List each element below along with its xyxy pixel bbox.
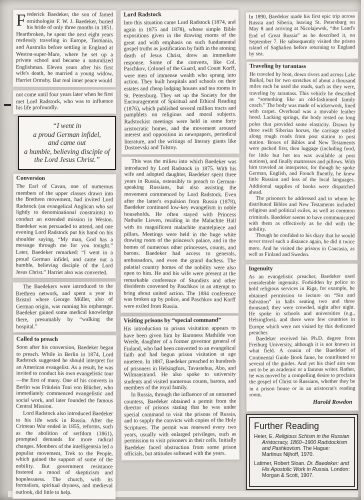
section-conversion-cont: The Baedekers were introduced to the Bre… xyxy=(13,281,116,332)
visiting-prisons-paragraph-2: In Russia, through the influence of an u… xyxy=(124,391,236,458)
intro-patch: Frederick Baedeker, the son of famed orn… xyxy=(13,10,116,87)
intro-continuation: not come until four years later when he … xyxy=(16,91,113,111)
column-right: In 1890, Baedeker made his first epic tr… xyxy=(246,12,358,490)
further-reading-box: Further Reading Heier, E. Religious Schi… xyxy=(246,414,358,491)
column-middle: Lord Radstock Into this situation came L… xyxy=(121,10,239,462)
intro-continuation-patch: not come until four years later when he … xyxy=(13,89,116,113)
conversion-paragraph-1: The Earl of Cavan, one of numerous membe… xyxy=(16,184,113,277)
pull-quote-line: and came out xyxy=(21,139,113,147)
entry-author: Heier, E. xyxy=(254,434,275,440)
section-heading-ingenuity: Ingenuity xyxy=(249,265,355,273)
visiting-prisons-paragraph-1: His introduction to prison visitation ap… xyxy=(124,325,236,392)
called-paragraph-1: Soon after his conversion, Baedeker bega… xyxy=(16,345,113,411)
margin-mark xyxy=(4,104,11,106)
section-heading-conversion: Conversion xyxy=(16,176,113,184)
section-heading-called-to-preach: Called to preach xyxy=(16,337,113,345)
called-paragraph-2: Lord Radstock also introduced Baedeker t… xyxy=(16,410,113,496)
ingenuity-paragraph-1: As an evangelistic preacher, Baedeker us… xyxy=(249,273,355,336)
column-left: Frederick Baedeker, the son of famed orn… xyxy=(13,10,116,500)
section-lord-radstock-cont: This was the milieu into which Baedeker … xyxy=(121,157,240,313)
pull-quote-line: a humble, believing disciple of xyxy=(21,148,113,156)
lord-radstock-paragraph-2: This was the milieu into which Baedeker … xyxy=(124,159,237,311)
tarantass-paragraph-2: The prisoners he addressed and to whom h… xyxy=(249,196,355,234)
intro-text: rederick Baedeker, the son of famed orni… xyxy=(16,12,113,84)
author-signature: Harold Rowdon xyxy=(249,399,352,406)
pull-quote-line: a proud German infidel, xyxy=(21,131,113,139)
scanned-page: Frederick Baedeker, the son of famed orn… xyxy=(0,0,364,500)
further-reading-entry: Heier, E. Religious Schism in the Russia… xyxy=(254,434,350,458)
section-heading-tarantass: Traveling by tarantass xyxy=(249,64,355,72)
section-visiting-prisons: Visiting prisons by “special command” Hi… xyxy=(121,315,240,460)
ingenuity-paragraph-2: Baedeker received his Ph.D. degree from … xyxy=(249,335,355,398)
drop-cap: F xyxy=(16,12,27,27)
intro-paragraph: Frederick Baedeker, the son of famed orn… xyxy=(16,12,113,85)
further-reading-title: Further Reading xyxy=(254,421,350,431)
section-called-to-preach: Called to preach Soon after his conversi… xyxy=(13,335,117,499)
section-tarantass: Traveling by tarantass He traveled by bo… xyxy=(245,62,358,261)
entry-author: Latimer, Robert Sloan. xyxy=(254,461,307,467)
conversion-paragraph-2: The Baedekers were introduced to the Bre… xyxy=(16,283,113,330)
section-conversion: Conversion The Earl of Cavan, one of num… xyxy=(13,174,117,279)
further-reading-entry: Latimer, Robert Sloan. Dr. Baedeker: and… xyxy=(254,461,350,479)
pull-quote-line: the Lord Jesus Christ.” xyxy=(21,156,113,164)
further-reading-inner: Further Reading Heier, E. Religious Schi… xyxy=(249,417,355,488)
pull-quote: “I went in a proud German infidel, and c… xyxy=(18,116,116,170)
tarantass-paragraph-1: He traveled by boat, down rivers and acr… xyxy=(249,72,356,197)
section-heading-visiting-prisons: Visiting prisons by “special command” xyxy=(124,317,236,325)
epic-trip-paragraph: In 1890, Baedeker made his first epic tr… xyxy=(249,14,355,58)
tarantass-paragraph-3: Though he confided to his diary that he … xyxy=(248,233,354,258)
lord-radstock-paragraph-1: Into this situation came Lord Radstock (… xyxy=(124,20,237,153)
epic-trip-patch: In 1890, Baedeker made his first epic tr… xyxy=(246,12,358,60)
pull-quote-line: “I went in xyxy=(21,122,113,130)
section-ingenuity: Ingenuity As an evangelistic preacher, B… xyxy=(246,263,359,411)
section-heading-lord-radstock: Lord Radstock xyxy=(124,12,236,20)
section-lord-radstock: Lord Radstock Into this situation came L… xyxy=(121,10,240,155)
